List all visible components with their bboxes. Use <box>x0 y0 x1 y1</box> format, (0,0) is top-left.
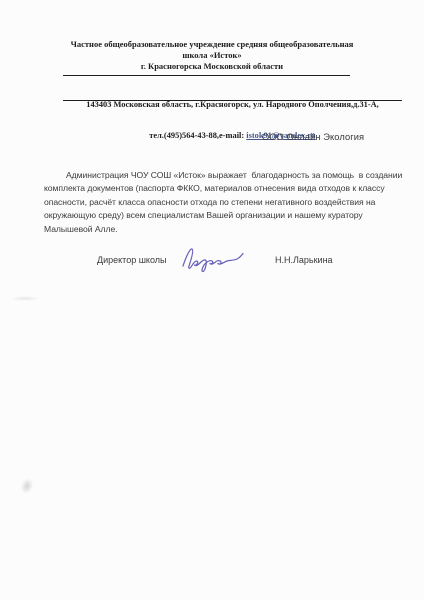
school-city-line: г. Красногорска Московской области <box>20 61 404 72</box>
school-name-line1: Частное общеобразовательное учреждение с… <box>20 39 404 50</box>
body-line: Администрация ЧОУ СОШ «Исток» выражает б… <box>44 169 386 182</box>
recipient-name: ООО Онлайн Экология <box>262 132 364 142</box>
body-line: опасности, расчёт класса опасности отход… <box>44 196 386 209</box>
scan-artifact-smudge <box>10 296 40 301</box>
letterhead-divider-top <box>63 75 350 76</box>
scan-artifact-smudge <box>19 476 36 495</box>
signature-stroke <box>183 249 243 272</box>
body-line: комплекта документов (паспорта ФККО, мат… <box>44 182 386 195</box>
signature-block: Директор школы Н.Н.Ларькина <box>0 240 424 285</box>
handwritten-signature <box>180 243 248 277</box>
contact-block: 143403 Московская область, г.Красногорск… <box>63 79 402 163</box>
letterhead: Частное общеобразовательное учреждение с… <box>20 39 404 72</box>
letterhead-divider-bottom <box>63 100 402 101</box>
phone-label: тел.(495)564-43-88,e-mail: <box>149 131 246 140</box>
body-line: Малышевой Алле. <box>44 223 386 236</box>
signer-name: Н.Н.Ларькина <box>275 255 333 265</box>
postal-address-line: 143403 Московская область, г.Красногорск… <box>63 100 402 111</box>
school-name-line2: школа «Исток» <box>20 50 404 61</box>
body-line: окружающую среду) всем специалистам Ваше… <box>44 209 386 222</box>
signer-role-label: Директор школы <box>97 255 167 265</box>
letter-body: Администрация ЧОУ СОШ «Исток» выражает б… <box>44 169 386 236</box>
scanned-letter-page: Частное общеобразовательное учреждение с… <box>0 0 424 600</box>
